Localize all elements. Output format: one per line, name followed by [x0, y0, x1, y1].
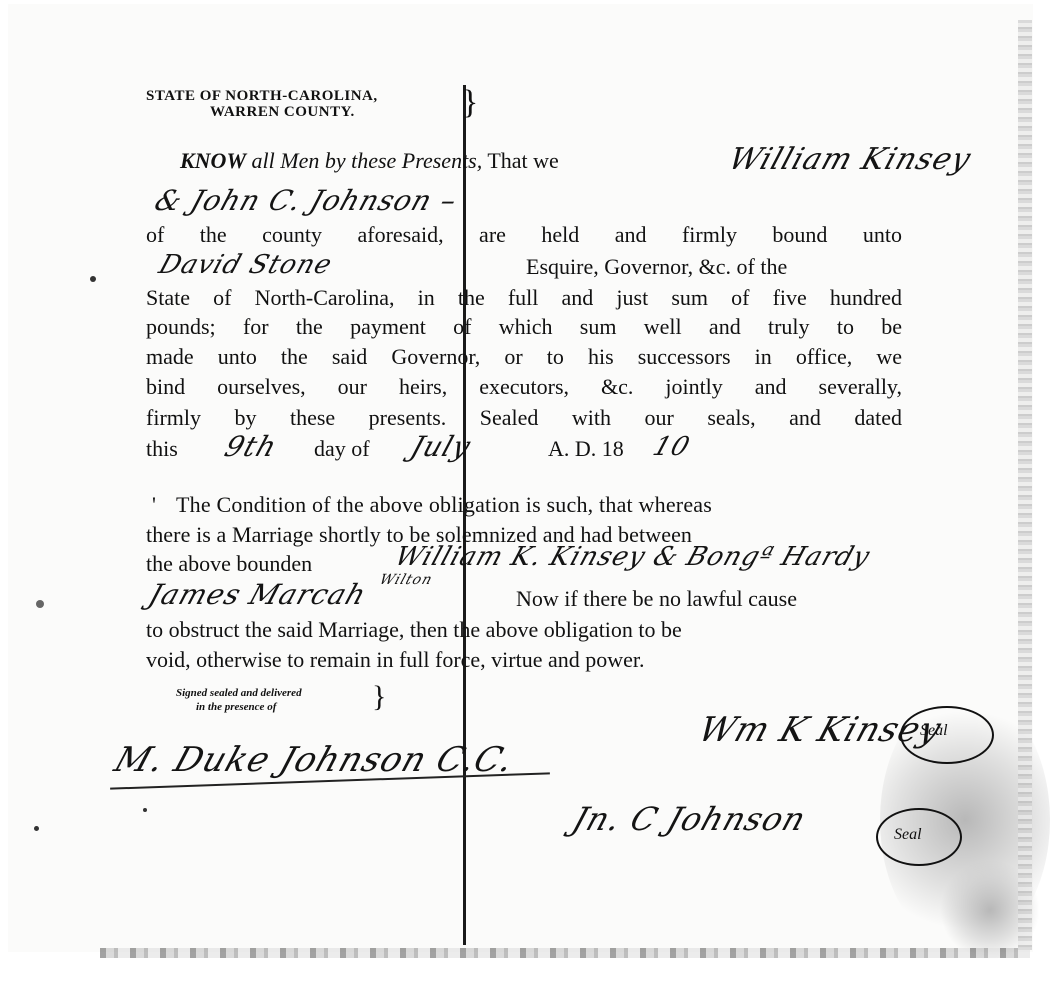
witness-label: Signed sealed and delivered in the prese…: [176, 686, 302, 714]
condition-line-3: the above bounden: [146, 551, 312, 577]
that-we: That we: [482, 148, 559, 173]
header-brace: }: [462, 86, 478, 120]
know-word: KNOW: [180, 148, 246, 173]
handwritten-principal-1: William Kinsey: [724, 142, 975, 177]
day-of-word: day of: [314, 436, 370, 462]
body-line-5: State of North-Carolina, in the full and…: [146, 285, 902, 311]
body-line-8: bind ourselves, our heirs, executors, &c…: [146, 374, 902, 400]
ink-speck: [90, 276, 96, 282]
condition-line-1: The Condition of the above obligation is…: [176, 492, 712, 518]
handwritten-month: July: [407, 430, 476, 463]
body-line-1: KNOW all Men by these Presents, That we: [180, 148, 559, 174]
body-line-6: pounds; for the payment of which sum wel…: [146, 314, 902, 340]
header-state: STATE OF NORTH-CAROLINA,: [146, 88, 378, 104]
signature-principal-2: Jn. C Johnson: [568, 800, 811, 838]
header-county: WARREN COUNTY.: [146, 104, 378, 120]
condition-line-5: to obstruct the said Marriage, then the …: [146, 617, 682, 643]
body-line-4: Esquire, Governor, &c. of the: [526, 254, 787, 280]
ink-speck: [143, 808, 147, 812]
witness-label-line-1: Signed sealed and delivered: [176, 686, 302, 700]
seal-2-label: Seal: [894, 826, 922, 844]
condition-line-6: void, otherwise to remain in full force,…: [146, 647, 645, 673]
handwritten-insert: Wilton: [377, 572, 434, 588]
witness-brace: }: [372, 682, 386, 712]
seal-1-label: Seal: [920, 722, 948, 740]
this-word: this: [146, 436, 178, 461]
handwritten-parties: William K. Kinsey & Bongª Hardy: [391, 542, 874, 572]
handwritten-governor: David Stone: [155, 250, 336, 280]
ink-speck: [36, 600, 44, 608]
anno-domini: A. D. 18: [548, 436, 624, 462]
body-line-9: firmly by these presents. Sealed with ou…: [146, 405, 902, 431]
ink-speck: [34, 826, 39, 831]
body-line-3: of the county aforesaid, are held and fi…: [146, 222, 902, 248]
condition-line-4: Now if there be no lawful cause: [516, 586, 797, 612]
body-line-10: this: [146, 436, 178, 462]
condition-mark: ': [152, 492, 156, 518]
handwritten-witness-name: James Marcah: [145, 578, 371, 611]
page-edge-bottom: [100, 948, 1030, 958]
body-line-7: made unto the said Governor, or to his s…: [146, 344, 902, 370]
handwritten-day: 9th: [221, 430, 282, 463]
men-by-presents: all Men by these Presents,: [246, 148, 482, 173]
handwritten-principal-2: & John C. Johnson –: [151, 184, 462, 217]
page-edge-right: [1018, 20, 1032, 950]
witness-label-line-2: in the presence of: [176, 700, 302, 714]
document-header: STATE OF NORTH-CAROLINA, WARREN COUNTY.: [146, 88, 378, 120]
witness-signature: M. Duke Johnson C.C.: [110, 740, 520, 780]
